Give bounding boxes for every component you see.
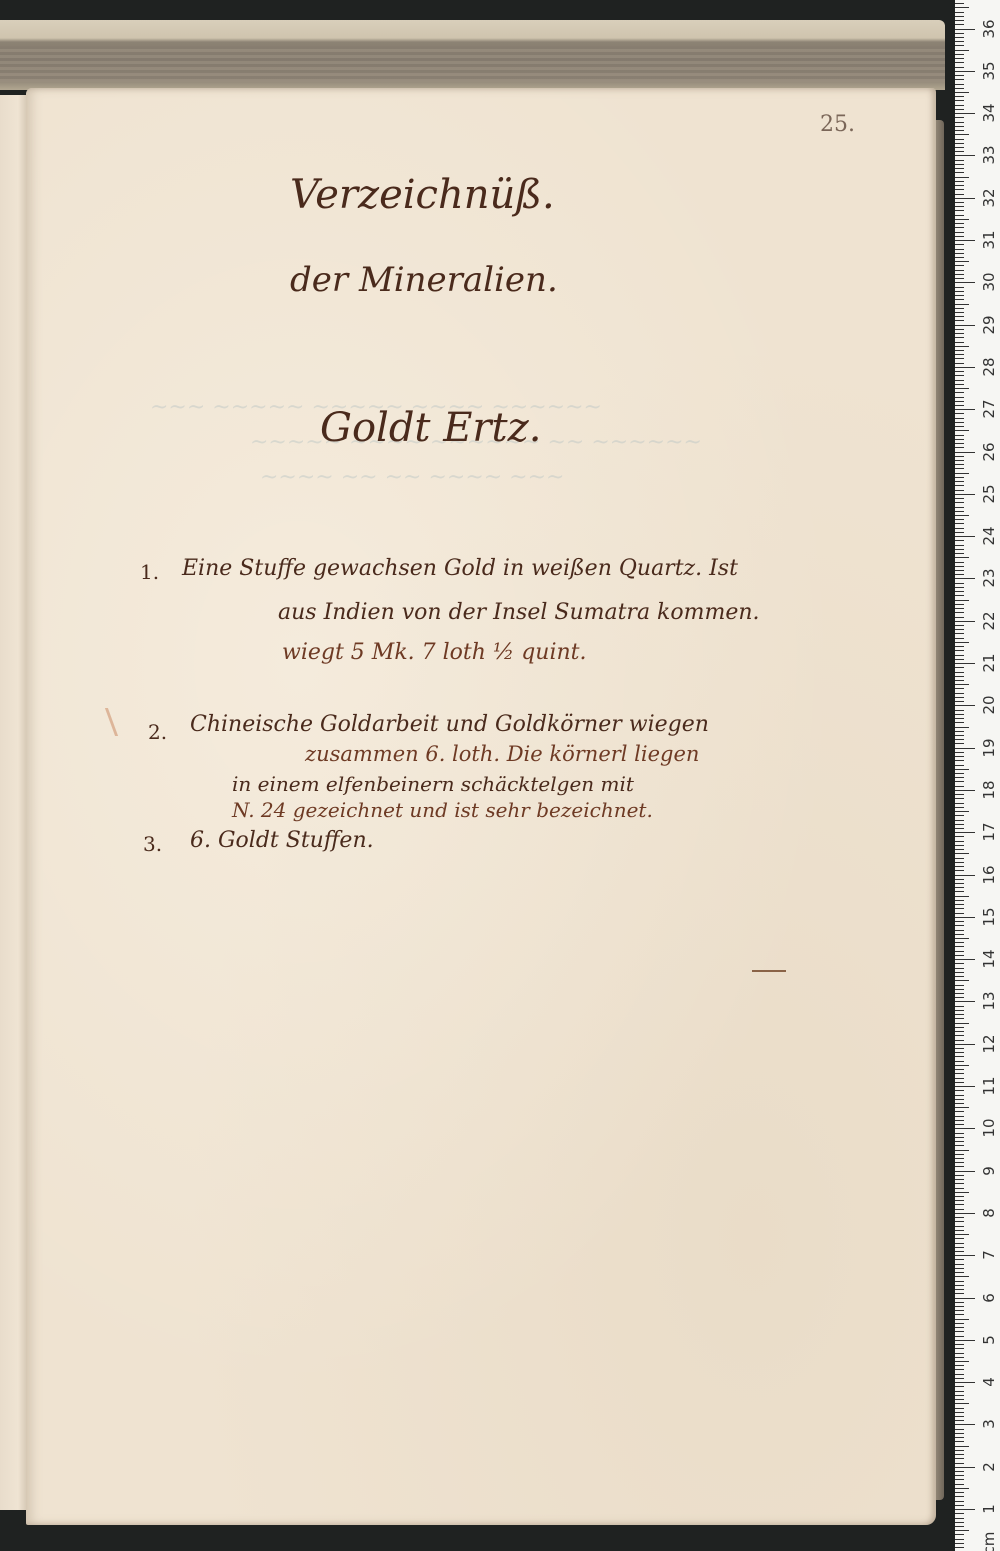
- ruler-tick: [955, 748, 975, 749]
- ink-mark: [752, 970, 786, 972]
- ruler-tick: [955, 1412, 964, 1413]
- ruler-tick: [955, 1408, 964, 1409]
- ruler-tick: [955, 1175, 964, 1176]
- ruler-tick: [955, 532, 964, 533]
- ruler-tick: [955, 1530, 969, 1531]
- ruler-tick: [955, 1450, 964, 1451]
- ruler-tick: [955, 45, 964, 46]
- ruler-tick: [955, 388, 969, 389]
- ruler-tick: [955, 405, 964, 406]
- ruler-tick: [955, 232, 964, 233]
- ruler-tick: [955, 917, 975, 918]
- ruler-tick: [955, 1099, 964, 1100]
- page-stack-lines: [0, 46, 945, 82]
- ruler-tick: [955, 181, 964, 182]
- ruler-tick: [955, 807, 964, 808]
- ruler-label: 9: [981, 1159, 997, 1183]
- ruler-label: 24: [981, 524, 997, 548]
- ruler-tick: [955, 109, 964, 110]
- ruler-tick: [955, 54, 964, 55]
- entry-line: N. 24 gezeichnet und ist sehr bezeichnet…: [232, 798, 653, 822]
- ruler-tick: [955, 1298, 975, 1299]
- ruler-tick: [955, 1501, 964, 1502]
- ruler-tick: [955, 1217, 964, 1218]
- ruler-tick: [955, 908, 964, 909]
- ruler-tick: [955, 815, 964, 816]
- ruler-tick: [955, 1200, 964, 1201]
- ruler-tick: [955, 1433, 964, 1434]
- ruler-tick: [955, 62, 964, 63]
- ruler-tick: [955, 570, 964, 571]
- ruler-tick: [955, 320, 964, 321]
- ruler-tick: [955, 655, 964, 656]
- ruler-tick: [955, 117, 964, 118]
- ruler-tick: [955, 477, 964, 478]
- ruler-tick: [955, 887, 964, 888]
- ruler-tick: [955, 1141, 964, 1142]
- ruler-tick: [955, 219, 969, 220]
- ruler-tick: [955, 989, 964, 990]
- ruler-label: 2: [981, 1455, 997, 1479]
- ruler-tick: [955, 1391, 964, 1392]
- ruler-tick: [955, 409, 975, 410]
- ruler-tick: [955, 113, 975, 114]
- ruler-tick: [955, 1086, 975, 1087]
- ruler-tick: [955, 1539, 964, 1540]
- ruler-tick: [955, 959, 975, 960]
- ruler-tick: [955, 130, 964, 131]
- ruler-tick: [955, 1314, 964, 1315]
- ruler-tick: [955, 1268, 964, 1269]
- ruler-tick: [955, 1386, 964, 1387]
- ruler-tick: [955, 688, 964, 689]
- ruler-tick: [955, 24, 964, 25]
- entry-number: 3.: [143, 832, 162, 856]
- ruler-tick: [955, 1310, 964, 1311]
- ruler-tick: [955, 1454, 964, 1455]
- ruler-tick: [955, 270, 964, 271]
- ruler-tick: [955, 566, 964, 567]
- ruler-tick: [955, 997, 964, 998]
- ruler-tick: [955, 198, 975, 199]
- ruler-tick: [955, 1458, 964, 1459]
- ruler-tick: [955, 1484, 964, 1485]
- ruler-tick: [955, 473, 969, 474]
- ruler-tick: [955, 1357, 964, 1358]
- ruler-tick: [955, 752, 964, 753]
- ruler-tick: [955, 79, 964, 80]
- ruler-tick: [955, 904, 964, 905]
- ruler-tick: [955, 862, 964, 863]
- ruler-tick: [955, 346, 969, 347]
- ruler-tick: [955, 1471, 964, 1472]
- ruler-tick: [955, 714, 964, 715]
- ruler-tick: [955, 363, 964, 364]
- page-number: 25.: [820, 112, 855, 137]
- ruler-tick: [955, 781, 964, 782]
- ruler-tick: [955, 1522, 964, 1523]
- ruler-tick: [955, 147, 964, 148]
- ruler-tick: [955, 422, 964, 423]
- ruler-tick: [955, 1441, 964, 1442]
- ruler-tick: [955, 291, 964, 292]
- ruler-tick: [955, 1243, 964, 1244]
- ruler-tick: [955, 456, 964, 457]
- ruler-tick: [955, 1331, 964, 1332]
- ruler-tick: [955, 1378, 964, 1379]
- ruler-tick: [955, 1264, 964, 1265]
- ruler-tick: [955, 591, 964, 592]
- ruler-tick: [955, 722, 964, 723]
- ruler-tick: [955, 562, 964, 563]
- ruler-tick: [955, 710, 964, 711]
- ruler-tick: [955, 96, 964, 97]
- ruler-tick: [955, 583, 964, 584]
- ruler-tick: [955, 29, 975, 30]
- ruler-tick: [955, 942, 964, 943]
- ruler-tick: [955, 439, 964, 440]
- ruler-tick: [955, 1319, 969, 1320]
- ruler-label: 10: [981, 1116, 997, 1140]
- ruler-tick: [955, 418, 964, 419]
- ruler-tick: [955, 134, 969, 135]
- ruler-tick: [955, 1166, 964, 1167]
- ruler-tick: [955, 1048, 964, 1049]
- ruler-tick: [955, 1467, 975, 1468]
- ruler-tick: [955, 701, 964, 702]
- ruler-tick: [955, 1230, 964, 1231]
- ruler-label: 13: [981, 989, 997, 1013]
- ruler-tick: [955, 1323, 964, 1324]
- ruler-label: 25: [981, 482, 997, 506]
- section-heading: Goldt Ertz.: [320, 405, 541, 451]
- ruler-tick: [955, 1204, 964, 1205]
- ruler-tick: [955, 1234, 969, 1235]
- cm-ruler: 1234567891011121314151617181920212223242…: [955, 0, 1000, 1551]
- ruler-tick: [955, 236, 964, 237]
- ruler-tick: [955, 980, 969, 981]
- ruler-tick: [955, 244, 964, 245]
- ruler-tick: [955, 1306, 964, 1307]
- ruler-tick: [955, 612, 964, 613]
- ruler-tick: [955, 866, 964, 867]
- ruler-tick: [955, 1293, 964, 1294]
- ruler-label: 20: [981, 693, 997, 717]
- ruler-label: 26: [981, 440, 997, 464]
- ruler-tick: [955, 921, 964, 922]
- ruler-tick: [955, 972, 964, 973]
- ruler-tick: [955, 879, 964, 880]
- ruler-tick: [955, 727, 969, 728]
- ruler-label: 23: [981, 566, 997, 590]
- ruler-tick: [955, 608, 964, 609]
- ruler-tick: [955, 468, 964, 469]
- ruler-label: 33: [981, 143, 997, 167]
- ruler-tick: [955, 350, 964, 351]
- ruler-tick: [955, 1327, 964, 1328]
- ruler-label: 3: [981, 1412, 997, 1436]
- ruler-label: 21: [981, 651, 997, 675]
- ruler-label: 35: [981, 59, 997, 83]
- ruler-tick: [955, 1353, 964, 1354]
- ruler-tick: [955, 1069, 964, 1070]
- ruler-tick: [955, 697, 964, 698]
- entry-line: aus Indien von der Insel Sumatra kommen.: [278, 600, 760, 625]
- ruler-tick: [955, 84, 964, 85]
- ruler-tick: [955, 223, 964, 224]
- ruler-tick: [955, 202, 964, 203]
- ruler-tick: [955, 464, 964, 465]
- ruler-tick: [955, 295, 964, 296]
- ruler-tick: [955, 1133, 964, 1134]
- ruler-label: 4: [981, 1370, 997, 1394]
- ruler-tick: [955, 265, 964, 266]
- ruler-label: 28: [981, 355, 997, 379]
- entry-line: 6. Goldt Stuffen.: [190, 828, 374, 853]
- ruler-tick: [955, 1213, 975, 1214]
- ruler-tick: [955, 1179, 964, 1180]
- ruler-tick: [955, 58, 964, 59]
- ruler-tick: [955, 1374, 964, 1375]
- bleed-through-text: ~~~~ ~~ ~~ ~~~~ ~~~: [260, 465, 564, 490]
- ruler-tick: [955, 1420, 964, 1421]
- ruler-tick: [955, 836, 964, 837]
- ruler-tick: [955, 549, 964, 550]
- ruler-tick: [955, 841, 964, 842]
- ruler-label: 11: [981, 1074, 997, 1098]
- document-subtitle: der Mineralien.: [290, 260, 558, 300]
- ruler-tick: [955, 925, 964, 926]
- ruler-tick: [955, 92, 969, 93]
- ruler-tick: [955, 485, 964, 486]
- ruler-tick: [955, 811, 969, 812]
- ruler-tick: [955, 1209, 964, 1210]
- ruler-tick: [955, 735, 964, 736]
- ruler-label: 32: [981, 186, 997, 210]
- ruler-tick: [955, 447, 964, 448]
- ruler-tick: [955, 397, 964, 398]
- ruler-tick: [955, 443, 964, 444]
- ruler-tick: [955, 1192, 969, 1193]
- ruler-tick: [955, 1116, 964, 1117]
- ruler-tick: [955, 938, 969, 939]
- ruler-tick: [955, 985, 964, 986]
- ruler-tick: [955, 227, 964, 228]
- ruler-tick: [955, 667, 964, 668]
- ruler-tick: [955, 164, 964, 165]
- ruler-tick: [955, 1137, 964, 1138]
- ruler-tick: [955, 71, 975, 72]
- ruler-tick: [955, 574, 964, 575]
- ruler-tick: [955, 502, 964, 503]
- ruler-tick: [955, 646, 964, 647]
- ruler-tick: [955, 1107, 969, 1108]
- ruler-tick: [955, 756, 964, 757]
- ruler-tick: [955, 853, 969, 854]
- ruler-tick: [955, 1095, 964, 1096]
- ruler-tick: [955, 1056, 964, 1057]
- ruler-tick: [955, 786, 964, 787]
- ruler-tick: [955, 511, 964, 512]
- document-title: Verzeichnüß.: [290, 172, 555, 218]
- ruler-tick: [955, 1238, 964, 1239]
- ruler-tick: [955, 934, 964, 935]
- ruler-tick: [955, 1547, 964, 1548]
- ruler-tick: [955, 1399, 964, 1400]
- ruler-tick: [955, 1124, 964, 1125]
- ruler-tick: [955, 1475, 964, 1476]
- ruler-tick: [955, 1340, 975, 1341]
- ruler-label: 1: [981, 1497, 997, 1521]
- ruler-tick: [955, 67, 964, 68]
- ruler-tick: [955, 849, 964, 850]
- ruler-tick: [955, 1259, 964, 1260]
- ruler-label: 27: [981, 397, 997, 421]
- ruler-tick: [955, 1336, 964, 1337]
- ruler-tick: [955, 1247, 964, 1248]
- ruler-tick: [955, 354, 964, 355]
- ruler-tick: [955, 1035, 964, 1036]
- ruler-tick: [955, 371, 964, 372]
- ruler-tick: [955, 718, 964, 719]
- ruler-tick: [955, 1365, 964, 1366]
- ruler-tick: [955, 1061, 964, 1062]
- ruler-tick: [955, 633, 964, 634]
- ruler-tick: [955, 143, 964, 144]
- ruler-tick: [955, 329, 964, 330]
- ruler-tick: [955, 625, 964, 626]
- ruler-tick: [955, 820, 964, 821]
- ruler-tick: [955, 384, 964, 385]
- ruler-tick: [955, 185, 964, 186]
- ruler-tick: [955, 278, 964, 279]
- ruler-label: 16: [981, 863, 997, 887]
- entry-number: 2.: [148, 720, 167, 744]
- ruler-tick: [955, 600, 969, 601]
- ruler-tick: [955, 325, 975, 326]
- ruler-tick: [955, 481, 964, 482]
- ruler-label: 14: [981, 947, 997, 971]
- ruler-tick: [955, 1082, 964, 1083]
- ruler-tick: [955, 1348, 964, 1349]
- ruler-tick: [955, 951, 964, 952]
- ruler-tick: [955, 1403, 969, 1404]
- ruler-tick: [955, 629, 964, 630]
- ruler-tick: [955, 498, 964, 499]
- ruler-tick: [955, 452, 975, 453]
- ruler-tick: [955, 282, 975, 283]
- ruler-tick: [955, 316, 964, 317]
- ruler-tick: [955, 930, 964, 931]
- ruler-tick: [955, 1031, 964, 1032]
- ruler-tick: [955, 299, 964, 300]
- ruler-tick: [955, 337, 964, 338]
- entry-number: 1.: [140, 560, 159, 584]
- ruler-tick: [955, 1014, 964, 1015]
- ruler-tick: [955, 1369, 964, 1370]
- ruler-tick: [955, 773, 964, 774]
- ruler-tick: [955, 392, 964, 393]
- ruler-tick: [955, 210, 964, 211]
- ruler-tick: [955, 1103, 964, 1104]
- ruler-tick: [955, 993, 964, 994]
- ruler-tick: [955, 1281, 964, 1282]
- ruler-tick: [955, 105, 964, 106]
- ruler-tick: [955, 638, 964, 639]
- ruler-tick: [955, 33, 964, 34]
- ruler-tick: [955, 1027, 964, 1028]
- ruler-tick: [955, 1226, 964, 1227]
- ruler-tick: [955, 1196, 964, 1197]
- ruler-tick: [955, 1395, 964, 1396]
- ruler-tick: [955, 1534, 964, 1535]
- ruler-tick: [955, 828, 964, 829]
- ruler-tick: [955, 1505, 964, 1506]
- ruler-tick: [955, 1073, 964, 1074]
- ruler-tick: [955, 659, 964, 660]
- ruler-tick: [955, 913, 964, 914]
- ruler-tick: [955, 595, 964, 596]
- ruler-tick: [955, 1145, 964, 1146]
- ruler-tick: [955, 151, 964, 152]
- ruler-tick: [955, 1437, 964, 1438]
- ruler-tick: [955, 650, 964, 651]
- ruler-tick: [955, 261, 969, 262]
- ruler-label: 18: [981, 778, 997, 802]
- ruler-tick: [955, 1158, 964, 1159]
- ruler-tick: [955, 342, 964, 343]
- ruler-tick: [955, 1006, 964, 1007]
- entry-line: in einem elfenbeinern schäcktelgen mit: [232, 772, 634, 796]
- ruler-tick: [955, 126, 964, 127]
- ruler-tick: [955, 1492, 964, 1493]
- ruler-tick: [955, 168, 964, 169]
- ruler-label: 31: [981, 228, 997, 252]
- ruler-tick: [955, 617, 964, 618]
- ruler-tick: [955, 604, 964, 605]
- ruler-tick: [955, 1018, 964, 1019]
- ruler-tick: [955, 75, 964, 76]
- ruler-tick: [955, 1150, 969, 1151]
- ruler-tick: [955, 1276, 969, 1277]
- entry-line-weight: wiegt 5 Mk. 7 loth ½ quint.: [282, 640, 587, 665]
- ruler-tick: [955, 1221, 964, 1222]
- ruler-tick: [955, 1183, 964, 1184]
- ruler-tick: [955, 172, 964, 173]
- ruler-tick: [955, 946, 964, 947]
- ruler-tick: [955, 7, 969, 8]
- ruler-tick: [955, 490, 964, 491]
- ruler-tick: [955, 680, 964, 681]
- ruler-tick: [955, 693, 964, 694]
- ruler-tick: [955, 460, 964, 461]
- ruler-tick: [955, 642, 969, 643]
- ruler-tick: [955, 249, 964, 250]
- ruler-tick: [955, 1526, 964, 1527]
- ruler-tick: [955, 858, 964, 859]
- ruler-tick: [955, 777, 964, 778]
- ruler-label: 22: [981, 609, 997, 633]
- ruler-tick: [955, 1255, 975, 1256]
- ruler-tick: [955, 896, 969, 897]
- ruler-tick: [955, 1518, 964, 1519]
- ruler-tick: [955, 790, 975, 791]
- ruler-tick: [955, 3, 964, 4]
- ruler-tick: [955, 16, 964, 17]
- ruler-tick: [955, 515, 969, 516]
- ruler-tick: [955, 507, 964, 508]
- ruler-tick: [955, 37, 964, 38]
